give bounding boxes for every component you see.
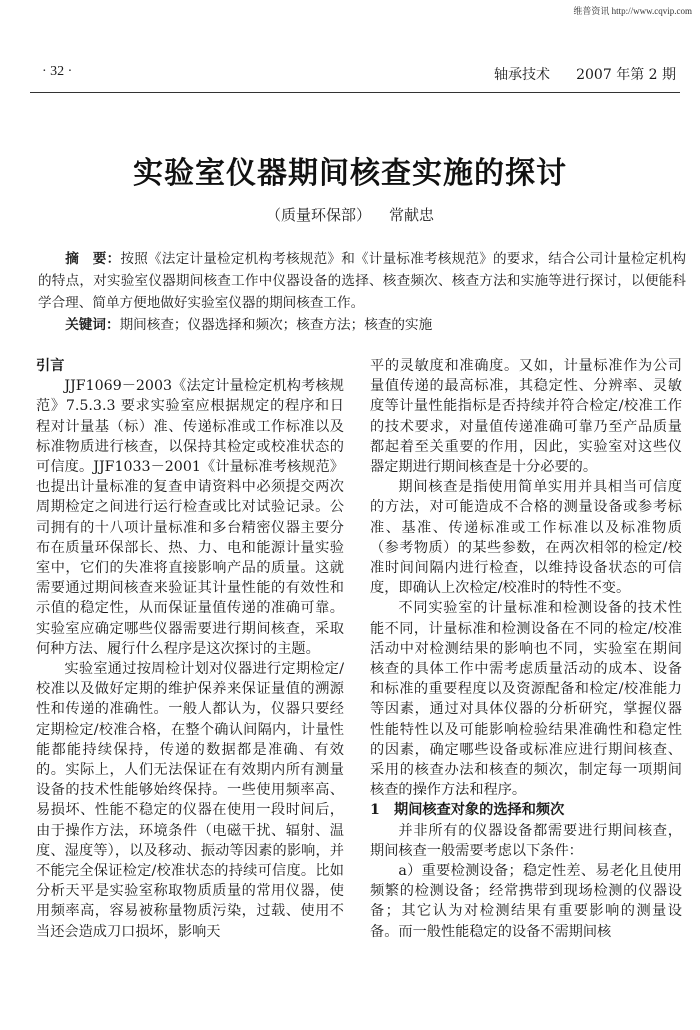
paragraph: 实验室通过按周检计划对仪器进行定期检定/校准以及做好定期的维护保养来保证量值的溯…: [36, 659, 344, 942]
author: 常献忠: [389, 206, 434, 224]
left-column: 引言 JJF1069－2003《法定计量检定机构考核规范》7.5.3.3 要求实…: [36, 356, 344, 942]
right-column: 平的灵敏度和准确度。又如，计量标准作为公司量值传递的最高标准，其稳定性、分辨率、…: [370, 356, 682, 942]
section-heading-intro: 引言: [36, 356, 344, 376]
running-header: · 32 · 轴承技术 2007 年第 2 期: [30, 62, 680, 93]
source-watermark: 维普资讯 http://www.cqvip.com: [573, 4, 692, 17]
abstract-label: 摘 要：: [65, 251, 120, 267]
paragraph: a）重要检测设备；稳定性差、易老化且使用频繁的检测设备；经常携带到现场检测的仪器…: [370, 861, 682, 942]
keywords-text: 期间核查；仪器选择和频次；核查方法；核查的实施: [120, 317, 433, 333]
section-heading-1: 1 期间核查对象的选择和频次: [370, 800, 682, 820]
page-number: · 32 ·: [42, 64, 72, 80]
journal-issue: 2007 年第 2 期: [576, 64, 676, 84]
paragraph: 平的灵敏度和准确度。又如，计量标准作为公司量值传递的最高标准，其稳定性、分辨率、…: [370, 356, 682, 477]
byline: （质量环保部）常献忠: [0, 204, 700, 225]
affiliation: （质量环保部）: [266, 206, 371, 224]
paragraph: JJF1069－2003《法定计量检定机构考核规范》7.5.3.3 要求实验室应…: [36, 376, 344, 659]
abstract-text: 按照《法定计量检定机构考核规范》和《计量标准考核规范》的要求，结合公司计量检定机…: [38, 251, 686, 311]
journal-name: 轴承技术: [494, 64, 550, 84]
abstract: 摘 要：按照《法定计量检定机构考核规范》和《计量标准考核规范》的要求，结合公司计…: [38, 248, 686, 314]
paragraph: 不同实验室的计量标准和检测设备的技术性能不同，计量标准和检测设备在不同的检定/校…: [370, 598, 682, 800]
keywords: 关键词：期间核查；仪器选择和频次；核查方法；核查的实施: [38, 314, 686, 336]
article-title: 实验室仪器期间核查实施的探讨: [0, 148, 700, 192]
paragraph: 并非所有的仪器设备都需要进行期间核查，期间核查一般需要考虑以下条件：: [370, 821, 682, 861]
keywords-label: 关键词：: [65, 317, 119, 333]
paragraph: 期间核查是指使用简单实用并具相当可信度的方法，对可能造成不合格的测量设备或参考标…: [370, 477, 682, 598]
